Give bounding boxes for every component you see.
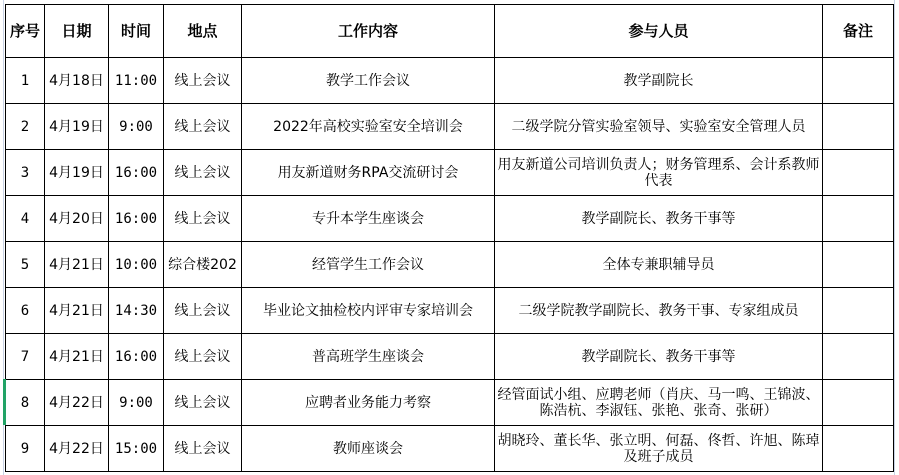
cell-location[interactable]: 线上会议 <box>164 380 242 426</box>
cell-date[interactable]: 4月20日 <box>45 196 109 242</box>
header-remarks[interactable]: 备注 <box>823 5 894 58</box>
table-row: 7 4月21日 16:00 线上会议 普高班学生座谈会 教学副院长、教务干事等 <box>6 334 894 380</box>
cell-remarks[interactable] <box>823 334 894 380</box>
cell-content[interactable]: 应聘者业务能力考察 <box>242 380 495 426</box>
cell-location[interactable]: 线上会议 <box>164 104 242 150</box>
cell-time[interactable]: 16:00 <box>109 334 164 380</box>
cell-index[interactable]: 4 <box>6 196 45 242</box>
cell-participants[interactable]: 胡晓玲、董长华、张立明、何磊、佟哲、许旭、陈琸及班子成员 <box>495 426 823 472</box>
header-time[interactable]: 时间 <box>109 5 164 58</box>
table-row: 5 4月21日 10:00 综合楼202 经管学生工作会议 全体专兼职辅导员 <box>6 242 894 288</box>
cell-content[interactable]: 用友新道财务RPA交流研讨会 <box>242 150 495 196</box>
table-row: 6 4月21日 14:30 线上会议 毕业论文抽检校内评审专家培训会 二级学院教… <box>6 288 894 334</box>
cell-time[interactable]: 14:30 <box>109 288 164 334</box>
cell-index[interactable]: 6 <box>6 288 45 334</box>
cell-time[interactable]: 16:00 <box>109 150 164 196</box>
cell-index[interactable]: 2 <box>6 104 45 150</box>
schedule-table: 序号 日期 时间 地点 工作内容 参与人员 备注 1 4月18日 11:00 线… <box>5 4 894 472</box>
cell-location[interactable]: 线上会议 <box>164 58 242 104</box>
cell-location[interactable]: 线上会议 <box>164 334 242 380</box>
cell-remarks[interactable] <box>823 288 894 334</box>
cell-location[interactable]: 线上会议 <box>164 288 242 334</box>
cell-date[interactable]: 4月19日 <box>45 150 109 196</box>
table-row: 4 4月20日 16:00 线上会议 专升本学生座谈会 教学副院长、教务干事等 <box>6 196 894 242</box>
cell-content[interactable]: 2022年高校实验室安全培训会 <box>242 104 495 150</box>
cell-date[interactable]: 4月22日 <box>45 426 109 472</box>
cell-time[interactable]: 9:00 <box>109 380 164 426</box>
cell-content[interactable]: 普高班学生座谈会 <box>242 334 495 380</box>
cell-remarks[interactable] <box>823 104 894 150</box>
cell-remarks[interactable] <box>823 242 894 288</box>
cell-remarks[interactable] <box>823 380 894 426</box>
cell-participants[interactable]: 经管面试小组、应聘老师（肖庆、马一鸣、王锦波、陈浩杭、李淑钰、张艳、张奇、张研） <box>495 380 823 426</box>
table-row: 9 4月22日 15:00 线上会议 教师座谈会 胡晓玲、董长华、张立明、何磊、… <box>6 426 894 472</box>
cell-remarks[interactable] <box>823 426 894 472</box>
cell-date[interactable]: 4月22日 <box>45 380 109 426</box>
table-row-selected: 8 4月22日 9:00 线上会议 应聘者业务能力考察 经管面试小组、应聘老师（… <box>6 380 894 426</box>
cell-index[interactable]: 8 <box>6 380 45 426</box>
cell-location[interactable]: 综合楼202 <box>164 242 242 288</box>
cell-content[interactable]: 教学工作会议 <box>242 58 495 104</box>
cell-participants[interactable]: 二级学院教学副院长、教务干事、专家组成员 <box>495 288 823 334</box>
header-row: 序号 日期 时间 地点 工作内容 参与人员 备注 <box>6 5 894 58</box>
header-participants[interactable]: 参与人员 <box>495 5 823 58</box>
cell-time[interactable]: 10:00 <box>109 242 164 288</box>
cell-time[interactable]: 11:00 <box>109 58 164 104</box>
cell-index[interactable]: 5 <box>6 242 45 288</box>
header-content[interactable]: 工作内容 <box>242 5 495 58</box>
cell-index[interactable]: 3 <box>6 150 45 196</box>
cell-content[interactable]: 毕业论文抽检校内评审专家培训会 <box>242 288 495 334</box>
cell-content[interactable]: 专升本学生座谈会 <box>242 196 495 242</box>
cell-index[interactable]: 9 <box>6 426 45 472</box>
table-row: 3 4月19日 16:00 线上会议 用友新道财务RPA交流研讨会 用友新道公司… <box>6 150 894 196</box>
cell-date[interactable]: 4月19日 <box>45 104 109 150</box>
cell-content[interactable]: 经管学生工作会议 <box>242 242 495 288</box>
table-row: 1 4月18日 11:00 线上会议 教学工作会议 教学副院长 <box>6 58 894 104</box>
cell-participants[interactable]: 全体专兼职辅导员 <box>495 242 823 288</box>
header-date[interactable]: 日期 <box>45 5 109 58</box>
cell-date[interactable]: 4月18日 <box>45 58 109 104</box>
selected-row-indicator <box>3 379 6 425</box>
cell-content[interactable]: 教师座谈会 <box>242 426 495 472</box>
cell-participants[interactable]: 用友新道公司培训负责人；财务管理系、会计系教师代表 <box>495 150 823 196</box>
cell-participants[interactable]: 教学副院长、教务干事等 <box>495 334 823 380</box>
header-index[interactable]: 序号 <box>6 5 45 58</box>
cell-date[interactable]: 4月21日 <box>45 334 109 380</box>
right-gutter <box>894 0 899 475</box>
table-row: 2 4月19日 9:00 线上会议 2022年高校实验室安全培训会 二级学院分管… <box>6 104 894 150</box>
cell-participants[interactable]: 二级学院分管实验室领导、实验室安全管理人员 <box>495 104 823 150</box>
cell-date[interactable]: 4月21日 <box>45 288 109 334</box>
cell-time[interactable]: 15:00 <box>109 426 164 472</box>
cell-location[interactable]: 线上会议 <box>164 196 242 242</box>
cell-index[interactable]: 7 <box>6 334 45 380</box>
cell-remarks[interactable] <box>823 196 894 242</box>
cell-remarks[interactable] <box>823 58 894 104</box>
cell-location[interactable]: 线上会议 <box>164 426 242 472</box>
cell-remarks[interactable] <box>823 150 894 196</box>
cell-time[interactable]: 9:00 <box>109 104 164 150</box>
cell-index[interactable]: 1 <box>6 58 45 104</box>
cell-participants[interactable]: 教学副院长 <box>495 58 823 104</box>
cell-date[interactable]: 4月21日 <box>45 242 109 288</box>
cell-participants[interactable]: 教学副院长、教务干事等 <box>495 196 823 242</box>
header-location[interactable]: 地点 <box>164 5 242 58</box>
cell-location[interactable]: 线上会议 <box>164 150 242 196</box>
cell-time[interactable]: 16:00 <box>109 196 164 242</box>
